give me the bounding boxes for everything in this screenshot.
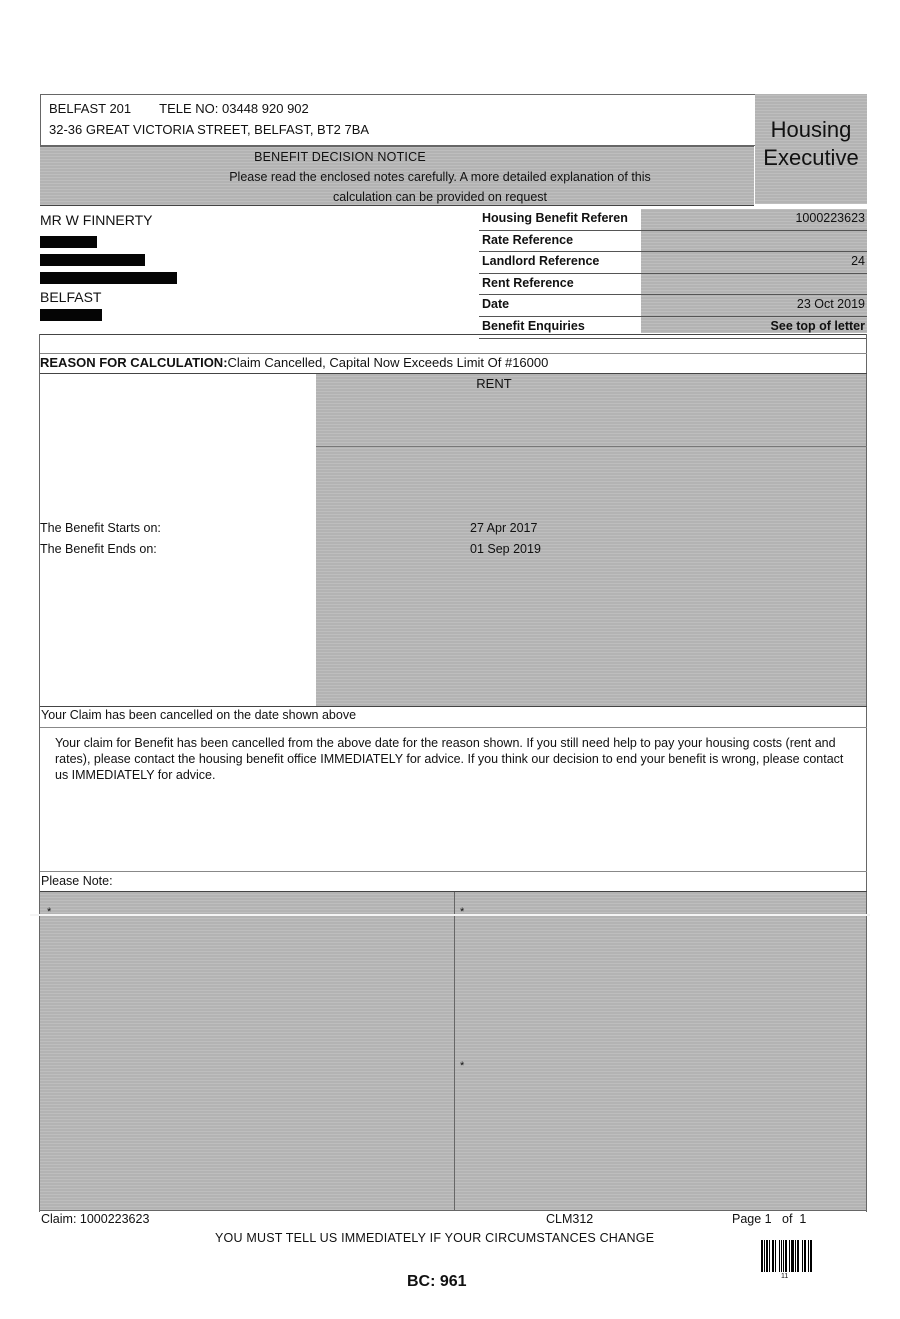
- redacted-postcode: [40, 309, 102, 321]
- reference-label: Date: [482, 297, 642, 311]
- reason-text: Claim Cancelled, Capital Now Exceeds Lim…: [228, 355, 549, 370]
- redacted-address-line: [40, 254, 145, 266]
- benefit-end-label: The Benefit Ends on:: [40, 542, 157, 556]
- recipient-city: BELFAST: [40, 289, 101, 305]
- barcode-icon: [761, 1240, 813, 1272]
- reference-label: Rate Reference: [482, 233, 642, 247]
- reference-value: 1000223623: [795, 211, 865, 225]
- note-bullet: *: [47, 906, 51, 918]
- fold-line: [316, 446, 867, 447]
- logo-line-2: Executive: [755, 144, 867, 172]
- reference-value: 24: [851, 254, 865, 268]
- benefit-decision-notice: BENEFIT DECISION NOTICE Please read the …: [40, 146, 754, 206]
- redacted-address-line: [40, 272, 177, 284]
- office-name: BELFAST 201: [49, 101, 131, 116]
- note-bullet: *: [460, 906, 464, 918]
- office-contact-box: BELFAST 201TELE NO: 03448 920 902 32-36 …: [40, 94, 756, 146]
- divider: [40, 353, 867, 354]
- circumstances-warning: YOU MUST TELL US IMMEDIATELY IF YOUR CIR…: [215, 1231, 654, 1245]
- bc-code: BC: 961: [407, 1273, 467, 1291]
- reference-row-enquiries: Benefit Enquiries See top of letter: [479, 317, 867, 339]
- notice-title: BENEFIT DECISION NOTICE: [40, 150, 640, 164]
- references-table: Housing Benefit Referen 1000223623 Rate …: [479, 209, 867, 339]
- reference-row-housing-benefit: Housing Benefit Referen 1000223623: [479, 209, 867, 231]
- frame-right-border: [866, 334, 867, 1212]
- reference-value: 23 Oct 2019: [797, 297, 865, 311]
- fold-line: [30, 914, 870, 916]
- divider: [40, 706, 867, 707]
- divider: [40, 334, 867, 335]
- divider: [40, 727, 867, 728]
- rent-title: RENT: [316, 376, 672, 391]
- reason-for-calculation: REASON FOR CALCULATION:Claim Cancelled, …: [40, 355, 548, 370]
- reference-value: See top of letter: [771, 319, 865, 333]
- divider: [40, 871, 867, 872]
- reference-label: Benefit Enquiries: [482, 319, 642, 333]
- notice-line-1: Please read the enclosed notes carefully…: [40, 170, 840, 184]
- reference-label: Rent Reference: [482, 276, 642, 290]
- divider: [40, 1210, 867, 1211]
- reference-label: Landlord Reference: [482, 254, 642, 268]
- benefit-start-date: 27 Apr 2017: [470, 521, 537, 535]
- office-address: 32-36 GREAT VICTORIA STREET, BELFAST, BT…: [49, 122, 369, 137]
- notes-column-divider: [454, 892, 455, 1210]
- please-note-label: Please Note:: [41, 874, 113, 888]
- benefit-end-date: 01 Sep 2019: [470, 542, 541, 556]
- claim-number: Claim: 1000223623: [41, 1212, 149, 1226]
- housing-executive-logo: Housing Executive: [755, 94, 867, 204]
- recipient-name: MR W FINNERTY: [40, 212, 153, 228]
- notice-line-2: calculation can be provided on request: [40, 190, 840, 204]
- rent-section: RENT: [316, 374, 866, 707]
- reference-row-date: Date 23 Oct 2019: [479, 295, 867, 317]
- office-line: BELFAST 201TELE NO: 03448 920 902: [49, 101, 309, 116]
- redacted-address-line: [40, 236, 97, 248]
- notes-section: [40, 892, 866, 1210]
- reference-row-rate: Rate Reference: [479, 231, 867, 253]
- cancellation-message: Your claim for Benefit has been cancelle…: [55, 735, 855, 783]
- page-number: Page 1 of 1: [732, 1212, 806, 1226]
- cancellation-heading: Your Claim has been cancelled on the dat…: [41, 708, 356, 722]
- reference-row-landlord: Landlord Reference 24: [479, 252, 867, 274]
- office-telephone: TELE NO: 03448 920 902: [159, 101, 309, 116]
- logo-text: Housing Executive: [755, 116, 867, 172]
- barcode-number: 11: [781, 1273, 788, 1280]
- form-code: CLM312: [546, 1212, 593, 1226]
- logo-line-1: Housing: [755, 116, 867, 144]
- benefit-start-label: The Benefit Starts on:: [40, 521, 161, 535]
- note-bullet: *: [460, 1060, 464, 1072]
- reference-label: Housing Benefit Referen: [482, 211, 642, 225]
- reference-row-rent: Rent Reference: [479, 274, 867, 296]
- reason-label: REASON FOR CALCULATION:: [40, 355, 228, 370]
